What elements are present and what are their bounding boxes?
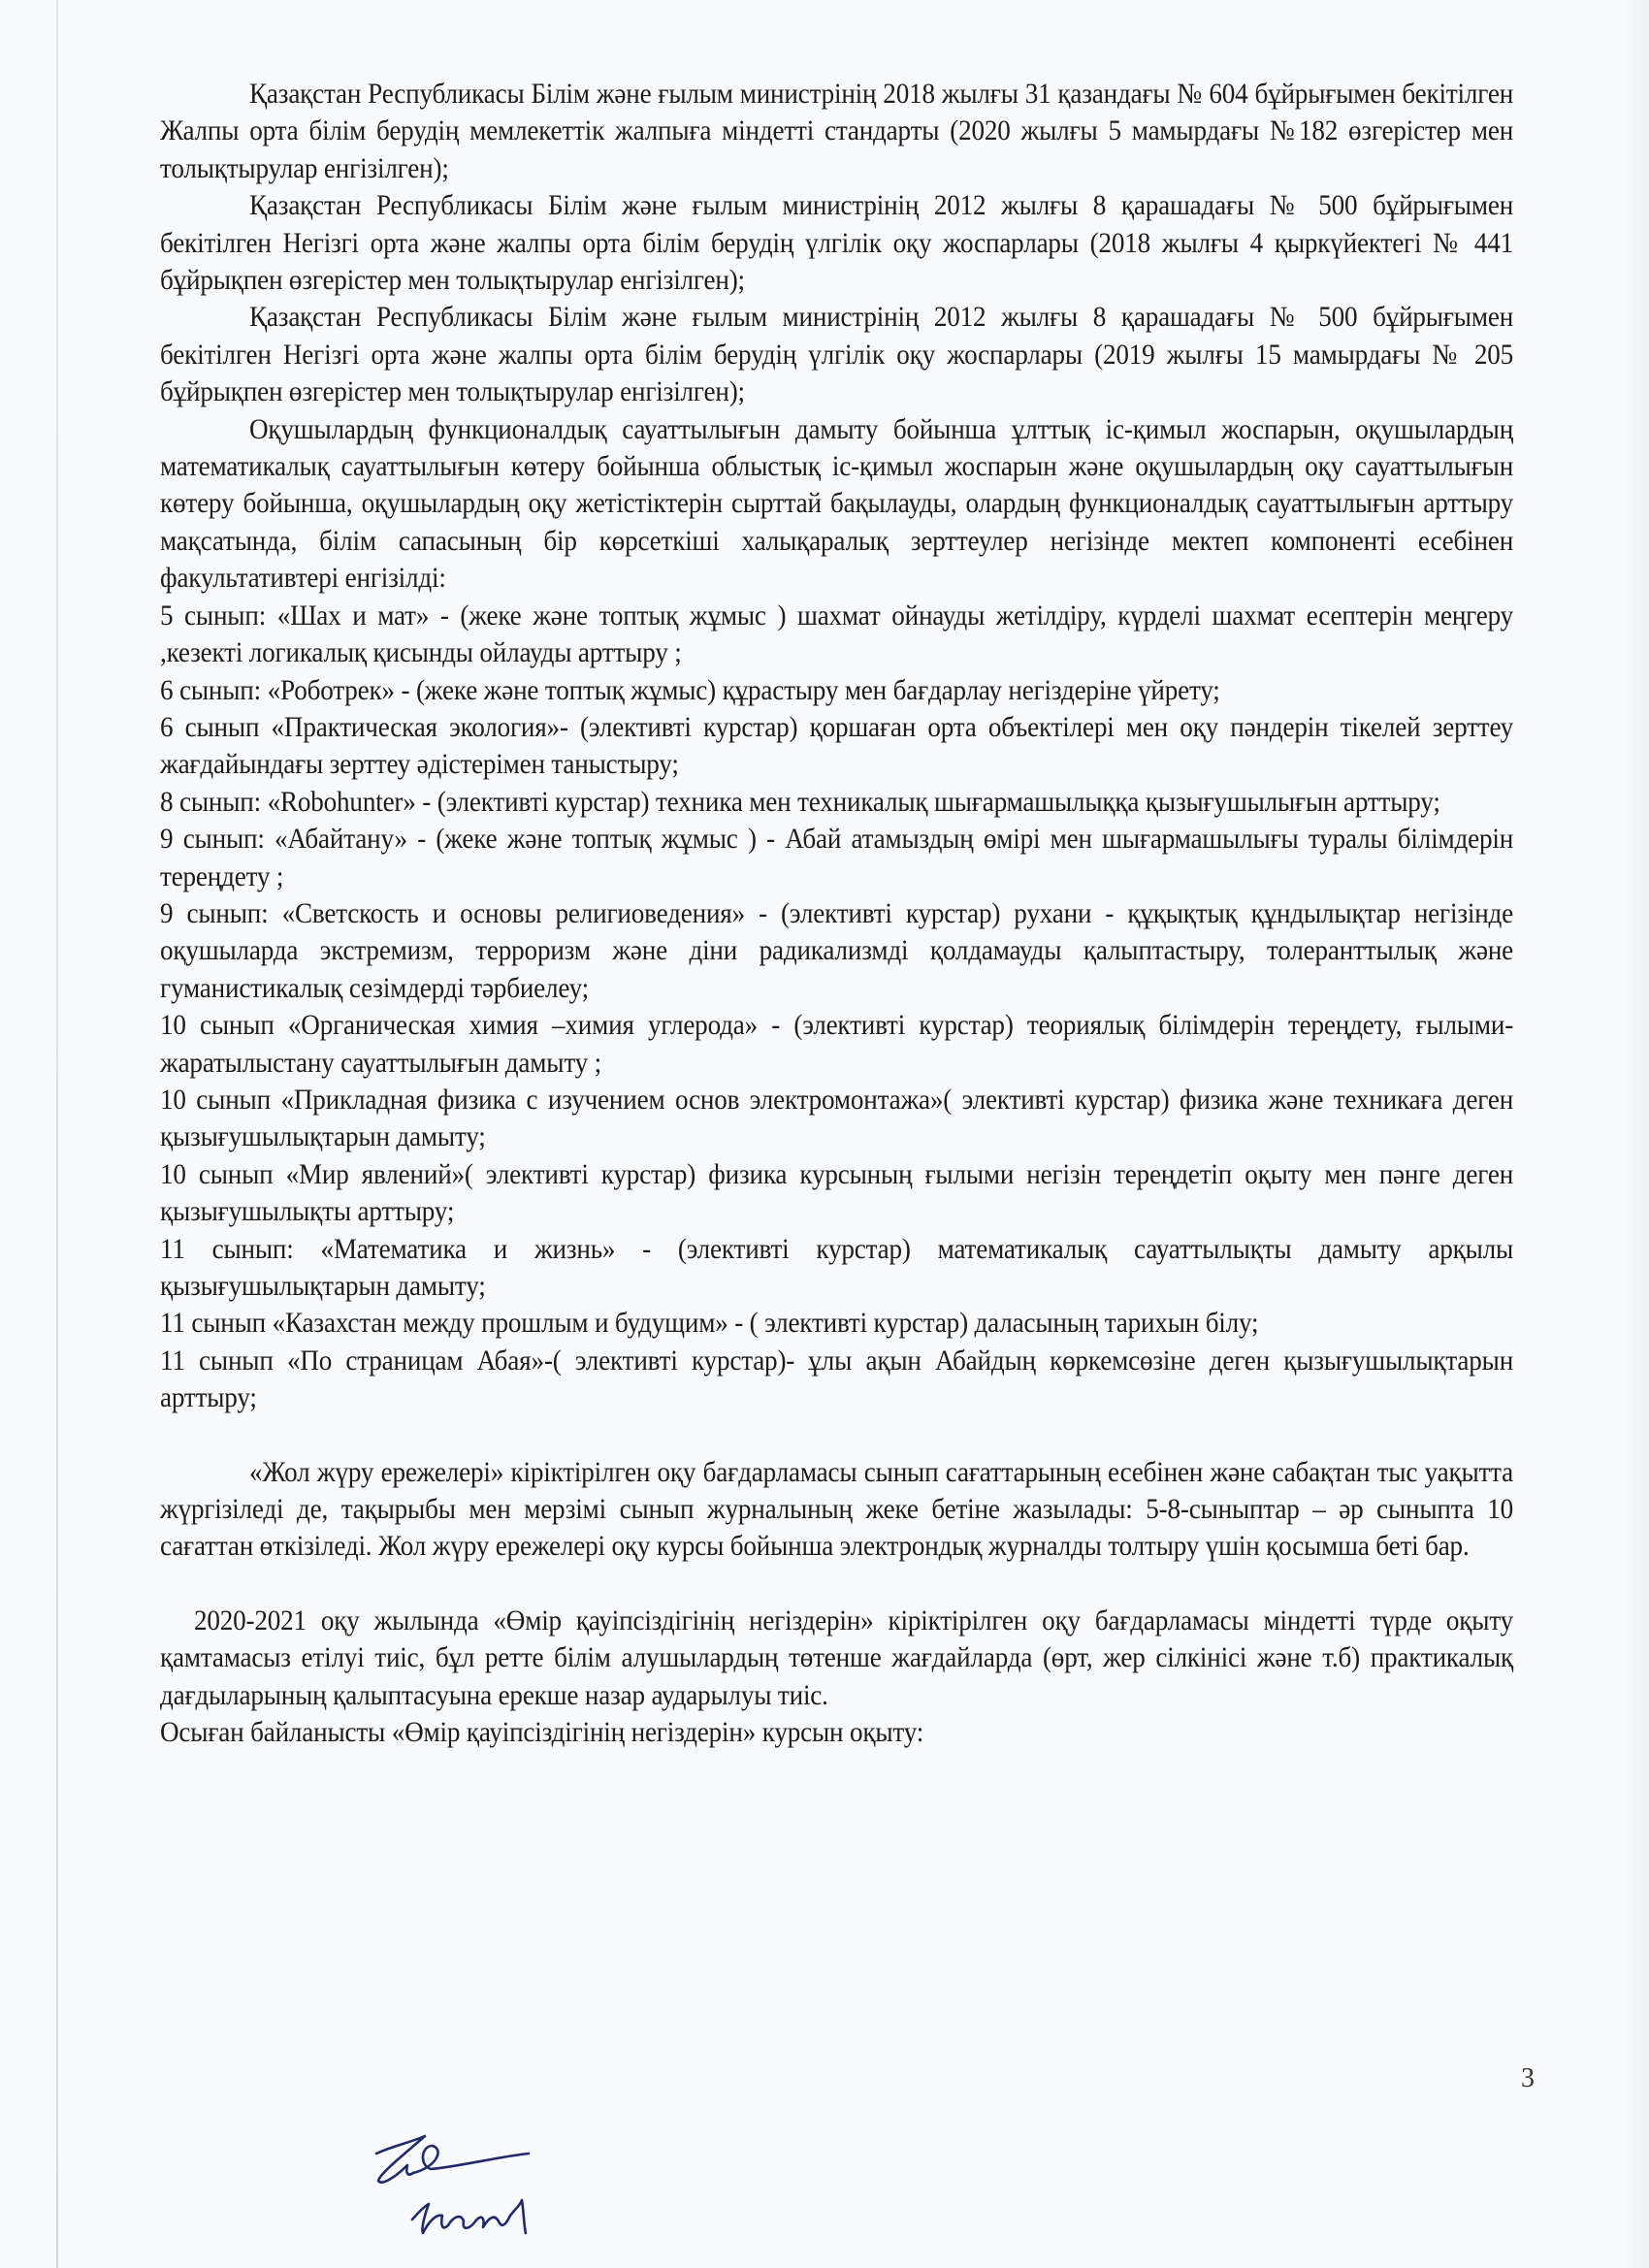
course-item-grade10-phenomena: 10 сынып «Мир явлений»( элективті курста… <box>160 1156 1513 1231</box>
document-body: Қазақстан Республикасы Білім және ғылым … <box>160 76 1513 1751</box>
course-item-grade10-physics-applied: 10 сынып «Прикладная физика с изучением … <box>160 1082 1513 1156</box>
course-item-grade8-robohunter: 8 сынып: «Robohunter» - (элективті курст… <box>160 784 1513 821</box>
page-number: 3 <box>1521 2063 1535 2094</box>
course-item-grade11-abai: 11 сынып «По страницам Абая»-( элективті… <box>160 1343 1513 1417</box>
course-item-grade9-religion: 9 сынып: «Светскость и основы религиовед… <box>160 895 1513 1007</box>
paragraph-order-500-2019: Қазақстан Республикасы Білім және ғылым … <box>160 299 1513 410</box>
scan-page-edge-right <box>1620 0 1649 2268</box>
course-item-grade11-math: 11 сынып: «Математика и жизнь» - (электи… <box>160 1231 1513 1306</box>
closing-line: Осыған байланысты «Өмір қауіпсіздігінің … <box>160 1714 1513 1751</box>
paragraph-life-safety: 2020-2021 оқу жылында «Өмір қауіпсіздігі… <box>160 1603 1513 1714</box>
handwritten-signature <box>369 2124 601 2260</box>
course-item-grade6-ecology: 6 сынып «Практическая экология»- (электи… <box>160 709 1513 784</box>
paragraph-standard-604: Қазақстан Республикасы Білім және ғылым … <box>160 76 1513 187</box>
course-item-grade10-chemistry: 10 сынып «Органическая химия –химия угле… <box>160 1007 1513 1082</box>
paragraph-functional-literacy: Оқушылардың функционалдық сауаттылығын д… <box>160 411 1513 598</box>
paragraph-traffic-rules: «Жол жүру ережелері» кіріктірілген оқу б… <box>160 1454 1513 1566</box>
paragraph-order-500-2018: Қазақстан Республикасы Білім және ғылым … <box>160 187 1513 299</box>
course-item-grade9-abaitanu: 9 сынып: «Абайтану» - (жеке және топтық … <box>160 821 1513 895</box>
scan-page-edge-left <box>56 0 58 2268</box>
course-item-grade5-chess: 5 сынып: «Шах и мат» - (жеке және топтық… <box>160 598 1513 672</box>
course-item-grade11-history: 11 сынып «Казахстан между прошлым и буду… <box>160 1305 1513 1342</box>
course-item-grade6-robotrek: 6 сынып: «Роботрек» - (жеке және топтық … <box>160 672 1513 709</box>
course-list: 5 сынып: «Шах и мат» - (жеке және топтық… <box>160 598 1513 1417</box>
